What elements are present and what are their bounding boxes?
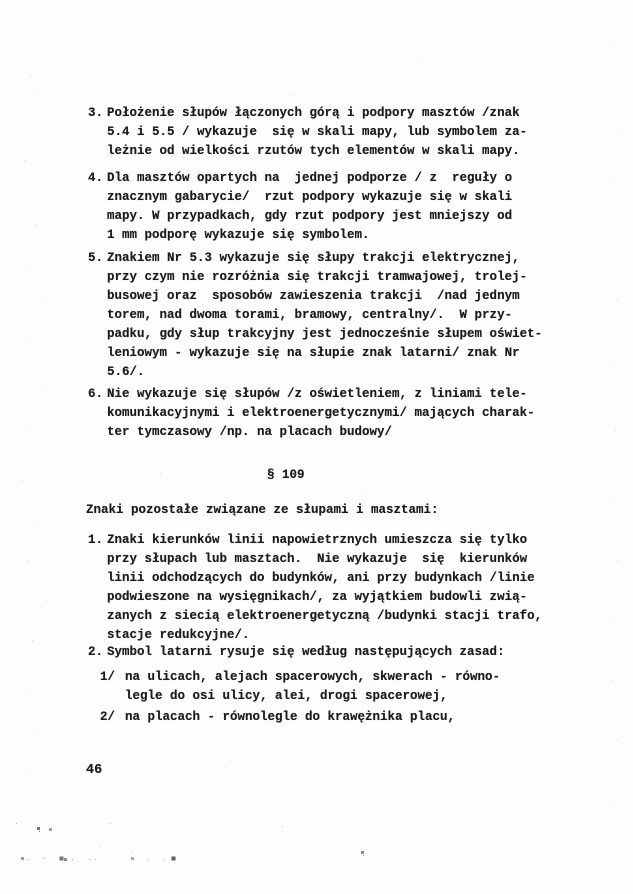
item-text: Nie wykazuje się słupów /z oświetleniem,… [107,385,535,442]
item-number: 3. [88,104,107,123]
paragraph-item: 3.Położenie słupów łączonych górą i podp… [88,104,527,161]
item-text: Położenie słupów łączonych górą i podpor… [107,104,527,161]
section-intro-line: Znaki pozostałe związane ze słupami i ma… [86,501,439,520]
scan-noise-dark [0,0,1,1]
item-text: na placach - równolegle do krawężnika pl… [125,708,455,727]
paragraph-item: 5.Znakiem Nr 5.3 wykazuje się słupy trak… [88,249,542,382]
section-heading: § 109 [267,466,305,485]
scanned-document-page: 3.Położenie słupów łączonych górą i podp… [0,0,633,894]
item-number: 5. [88,249,107,268]
item-text: Dla masztów opartych na jednej podporze … [107,169,512,245]
page-number: 46 [86,761,102,780]
item-number: 2. [88,643,107,662]
item-text: Znakiem Nr 5.3 wykazuje się słupy trakcj… [107,249,542,382]
paragraph-item: 1/na ulicach, alejach spacerowych, skwer… [100,668,500,706]
item-text: na ulicach, alejach spacerowych, skwerac… [125,668,500,706]
paragraph-item: 1.Znaki kierunków linii napowietrznych u… [88,531,542,645]
paragraph-item: 2/na placach - równolegle do krawężnika … [100,708,455,727]
paragraph-item: 4.Dla masztów opartych na jednej podporz… [88,169,512,245]
item-text: Znaki kierunków linii napowietrznych umi… [107,531,542,645]
paragraph-item: 6.Nie wykazuje się słupów /z oświetlenie… [88,385,535,442]
item-number: 6. [88,385,107,404]
item-number: 4. [88,169,107,188]
item-number: 1/ [100,668,125,687]
item-number: 1. [88,531,107,550]
item-number: 2/ [100,708,125,727]
paragraph-item: 2.Symbol latarni rysuje się według nastę… [88,643,505,662]
item-text: Symbol latarni rysuje się według następu… [107,643,505,662]
